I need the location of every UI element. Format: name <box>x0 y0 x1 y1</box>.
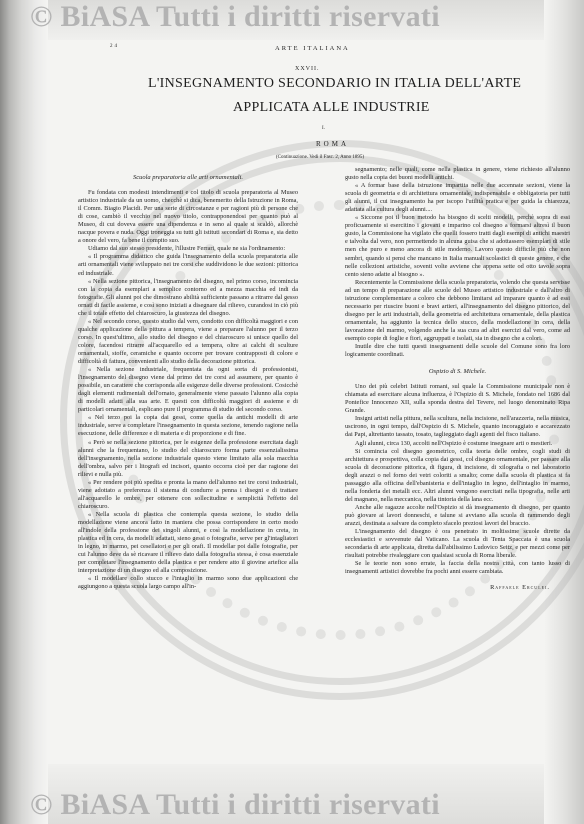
paragraph: « Il modellare collo stucco e l'intaglio… <box>78 575 298 591</box>
paragraph: Recentemente la Commissione della scuola… <box>345 279 570 343</box>
author-signature: Raffaele Erculei. <box>345 584 570 592</box>
paragraph: Si comincia col disegno geometrico, coll… <box>345 448 570 504</box>
continuation-note: (Continuazione. Vedi il Fasc. 2, Anno 18… <box>276 155 364 160</box>
paragraph: « Nella sezione pittorica, l'insegnament… <box>78 278 298 318</box>
paragraph: Anche alle ragazze accolte nell'Ospizio … <box>345 504 570 528</box>
paragraph: Uno dei più celebri Istituti romani, sul… <box>345 383 570 415</box>
article-section-number: XXVII. <box>295 66 320 72</box>
paragraph: Udiamo dal suo stesso presidente, l'illu… <box>78 245 298 253</box>
right-column-paragraphs-part-2: Uno dei più celebri Istituti romani, sul… <box>345 383 570 576</box>
subheading-scuola-preparatoria: Scuola preparatoria alle arti ornamental… <box>78 174 298 182</box>
subheading-ospizio: Ospizio di S. Michele. <box>345 368 570 376</box>
scan-shadow-left <box>0 0 48 824</box>
part-number: I. <box>322 126 325 131</box>
paragraph: « Nella sezione industriale, frequentata… <box>78 366 298 414</box>
paragraph: « Però se nella sezione pittorica, per l… <box>78 439 298 479</box>
paragraph: « Siccome poi il buon metodo ha bisogno … <box>345 214 570 278</box>
right-text-column: segnamento; nelle quali, come nella plas… <box>345 166 570 592</box>
copyright-watermark-top: © BiASA Tutti i diritti riservati <box>30 0 440 34</box>
paragraph: Insigni artisti nella pittura, nella scu… <box>345 415 570 439</box>
article-title-line-1: L'INSEGNAMENTO SECONDARIO IN ITALIA DELL… <box>148 76 521 92</box>
copyright-watermark-bottom: © BiASA Tutti i diritti riservati <box>30 788 440 822</box>
paragraph: Agli alunni, circa 130, accolti nell'Osp… <box>345 440 570 448</box>
paragraph: Se le teorie non sono errate, la faccia … <box>345 560 570 576</box>
page-number: 24 <box>110 44 119 49</box>
paragraph: Inutile dire che tutti questi insegnamen… <box>345 343 570 359</box>
paragraph: segnamento; nelle quali, come nella plas… <box>345 166 570 182</box>
left-column-paragraphs: Fu fondata con modesti intendimenti e co… <box>78 189 298 591</box>
paragraph: « Nel terzo poi la copia dai gessi, come… <box>78 414 298 438</box>
paragraph: « Il programma didattico che guida l'ins… <box>78 253 298 277</box>
city-heading: ROMA <box>316 140 349 148</box>
journal-title: ARTE ITALIANA <box>275 45 350 52</box>
right-column-paragraphs-part-1: segnamento; nelle quali, come nella plas… <box>345 166 570 359</box>
paragraph: « Per rendere poi più spedita e pronta l… <box>78 479 298 511</box>
paragraph: « Nel secondo corso, questo studio dal v… <box>78 318 298 366</box>
paragraph: « A formar base della istruzione imparti… <box>345 182 570 214</box>
article-title-line-2: APPLICATA ALLE INDUSTRIE <box>233 100 430 116</box>
paragraph: « Nella scuola di plastica che contempla… <box>78 511 298 575</box>
paragraph: L'insegnamento del disegno è ora penetra… <box>345 528 570 560</box>
paragraph: Fu fondata con modesti intendimenti e co… <box>78 189 298 245</box>
left-text-column: Scuola preparatoria alle arti ornamental… <box>78 174 298 591</box>
